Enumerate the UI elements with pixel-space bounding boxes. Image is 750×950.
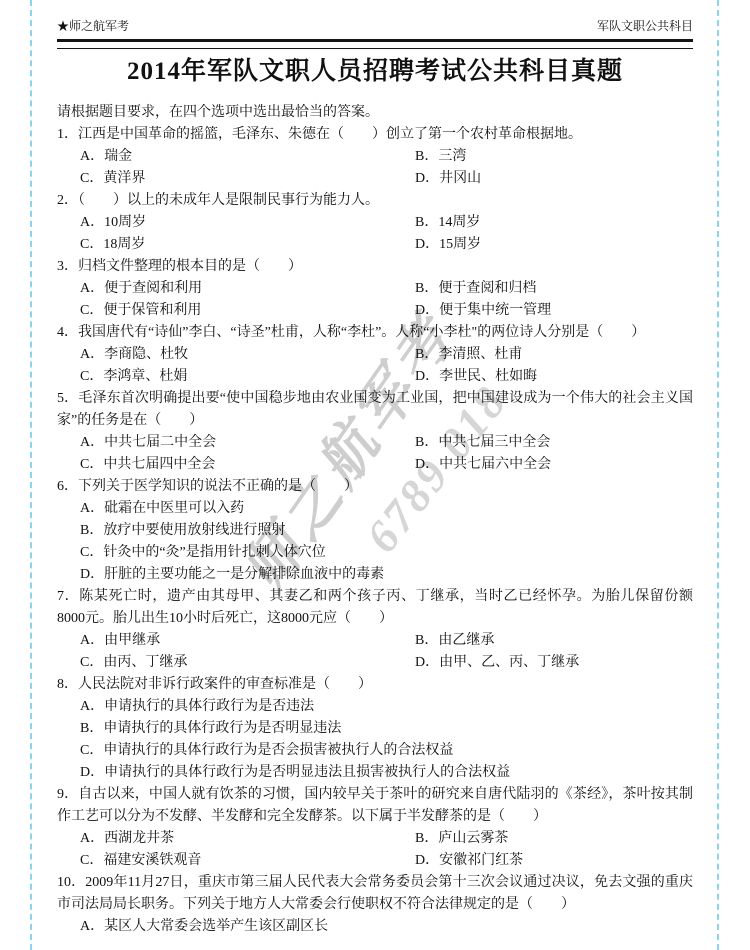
option-item: A．砒霜在中医里可以入药: [57, 498, 693, 520]
option-item: D．李世民、杜如晦: [415, 366, 693, 388]
option-row: C．黄洋界D．井冈山: [57, 168, 693, 190]
option-item: A．申请执行的具体行政行为是否违法: [57, 696, 693, 718]
option-item: C．中共七届四中全会: [57, 454, 415, 476]
option-item: A．由甲继承: [57, 630, 415, 652]
question-list: 1．江西是中国革命的摇篮，毛泽东、朱德在（ ）创立了第一个农村革命根据地。A．瑞…: [57, 124, 693, 938]
question-8: 8．人民法院对非诉行政案件的审查标准是（ ）A．申请执行的具体行政行为是否违法B…: [57, 674, 693, 784]
option-item: D．便于集中统一管理: [415, 300, 693, 322]
option-row: A．由甲继承B．由乙继承: [57, 630, 693, 652]
option-item: D．15周岁: [415, 234, 693, 256]
option-item: C．申请执行的具体行政行为是否会损害被执行人的合法权益: [57, 740, 693, 762]
instructions-text: 请根据题目要求，在四个选项中选出最恰当的答案。: [57, 102, 693, 124]
question-9: 9．自古以来，中国人就有饮茶的习惯，国内较早关于茶叶的研究来自唐代陆羽的《茶经》…: [57, 784, 693, 872]
page-content: ★师之航军考 军队文职公共科目 2014年军队文职人员招聘考试公共科目真题 请根…: [57, 18, 693, 938]
option-item: C．针灸中的“灸”是指用针扎刺人体穴位: [57, 542, 693, 564]
header-left-text: ★师之航军考: [57, 18, 129, 34]
option-item: A．某区人大常委会选举产生该区副区长: [57, 916, 693, 938]
right-margin-guide-line: [717, 0, 719, 950]
page-header: ★师之航军考 军队文职公共科目: [57, 18, 693, 34]
question-stem: 8．人民法院对非诉行政案件的审查标准是（ ）: [57, 674, 693, 696]
option-item: B．便于查阅和归档: [415, 278, 693, 300]
option-item: C．18周岁: [57, 234, 415, 256]
header-divider-double-rule: [57, 39, 693, 49]
option-row: C．18周岁D．15周岁: [57, 234, 693, 256]
option-row: A．中共七届二中全会B．中共七届三中全会: [57, 432, 693, 454]
option-item: D．肝脏的主要功能之一是分解排除血液中的毒素: [57, 564, 693, 586]
page-title: 2014年军队文职人员招聘考试公共科目真题: [57, 57, 693, 87]
question-7: 7．陈某死亡时，遗产由其母甲、其妻乙和两个孩子丙、丁继承，当时乙已经怀孕。为胎儿…: [57, 586, 693, 674]
question-stem: 5．毛泽东首次明确提出要“使中国稳步地由农业国变为工业国，把中国建设成为一个伟大…: [57, 388, 693, 432]
question-stem: 1．江西是中国革命的摇篮，毛泽东、朱德在（ ）创立了第一个农村革命根据地。: [57, 124, 693, 146]
option-row: C．由丙、丁继承D．由甲、乙、丙、丁继承: [57, 652, 693, 674]
question-stem: 3．归档文件整理的根本目的是（ ）: [57, 256, 693, 278]
option-row: A．瑞金B．三湾: [57, 146, 693, 168]
option-row: A．10周岁B．14周岁: [57, 212, 693, 234]
option-row: A．便于查阅和利用B．便于查阅和归档: [57, 278, 693, 300]
question-stem: 2．（ ）以上的未成年人是限制民事行为能力人。: [57, 190, 693, 212]
question-6: 6．下列关于医学知识的说法不正确的是（ ）A．砒霜在中医里可以入药B．放疗中要使…: [57, 476, 693, 586]
option-item: A．西湖龙井茶: [57, 828, 415, 850]
question-stem: 4．我国唐代有“诗仙”李白、“诗圣”杜甫，人称“李杜”。人称“小李杜"的两位诗人…: [57, 322, 693, 344]
option-item: A．李商隐、杜牧: [57, 344, 415, 366]
option-item: A．中共七届二中全会: [57, 432, 415, 454]
question-stem: 10．2009年11月27日，重庆市第三届人民代表大会常务委员会第十三次会议通过…: [57, 872, 693, 916]
option-row: C．李鸿章、杜娟D．李世民、杜如晦: [57, 366, 693, 388]
option-item: D．安徽祁门红茶: [415, 850, 693, 872]
header-right-text: 军队文职公共科目: [597, 18, 693, 34]
option-item: B．李清照、杜甫: [415, 344, 693, 366]
question-stem: 6．下列关于医学知识的说法不正确的是（ ）: [57, 476, 693, 498]
option-item: A．10周岁: [57, 212, 415, 234]
option-item: C．福建安溪铁观音: [57, 850, 415, 872]
question-10: 10．2009年11月27日，重庆市第三届人民代表大会常务委员会第十三次会议通过…: [57, 872, 693, 938]
question-stem: 7．陈某死亡时，遗产由其母甲、其妻乙和两个孩子丙、丁继承，当时乙已经怀孕。为胎儿…: [57, 586, 693, 630]
option-item: A．瑞金: [57, 146, 415, 168]
question-5: 5．毛泽东首次明确提出要“使中国稳步地由农业国变为工业国，把中国建设成为一个伟大…: [57, 388, 693, 476]
option-item: D．中共七届六中全会: [415, 454, 693, 476]
option-item: B．三湾: [415, 146, 693, 168]
option-item: C．便于保管和利用: [57, 300, 415, 322]
option-item: D．井冈山: [415, 168, 693, 190]
option-item: B．14周岁: [415, 212, 693, 234]
option-row: C．福建安溪铁观音D．安徽祁门红茶: [57, 850, 693, 872]
question-1: 1．江西是中国革命的摇篮，毛泽东、朱德在（ ）创立了第一个农村革命根据地。A．瑞…: [57, 124, 693, 190]
option-item: B．由乙继承: [415, 630, 693, 652]
option-item: B．中共七届三中全会: [415, 432, 693, 454]
question-2: 2．（ ）以上的未成年人是限制民事行为能力人。A．10周岁B．14周岁C．18周…: [57, 190, 693, 256]
option-row: A．西湖龙井茶B．庐山云雾茶: [57, 828, 693, 850]
question-3: 3．归档文件整理的根本目的是（ ）A．便于查阅和利用B．便于查阅和归档C．便于保…: [57, 256, 693, 322]
question-stem: 9．自古以来，中国人就有饮茶的习惯，国内较早关于茶叶的研究来自唐代陆羽的《茶经》…: [57, 784, 693, 828]
option-row: C．便于保管和利用D．便于集中统一管理: [57, 300, 693, 322]
option-item: A．便于查阅和利用: [57, 278, 415, 300]
option-row: C．中共七届四中全会D．中共七届六中全会: [57, 454, 693, 476]
option-item: B．放疗中要使用放射线进行照射: [57, 520, 693, 542]
option-item: D．由甲、乙、丙、丁继承: [415, 652, 693, 674]
option-item: B．庐山云雾茶: [415, 828, 693, 850]
option-item: B．申请执行的具体行政行为是否明显违法: [57, 718, 693, 740]
option-item: C．黄洋界: [57, 168, 415, 190]
left-margin-guide-line: [30, 0, 32, 950]
option-row: A．李商隐、杜牧B．李清照、杜甫: [57, 344, 693, 366]
option-item: C．由丙、丁继承: [57, 652, 415, 674]
option-item: C．李鸿章、杜娟: [57, 366, 415, 388]
exam-body: 请根据题目要求，在四个选项中选出最恰当的答案。 1．江西是中国革命的摇篮，毛泽东…: [57, 102, 693, 938]
option-item: D．申请执行的具体行政行为是否明显违法且损害被执行人的合法权益: [57, 762, 693, 784]
question-4: 4．我国唐代有“诗仙”李白、“诗圣”杜甫，人称“李杜”。人称“小李杜"的两位诗人…: [57, 322, 693, 388]
